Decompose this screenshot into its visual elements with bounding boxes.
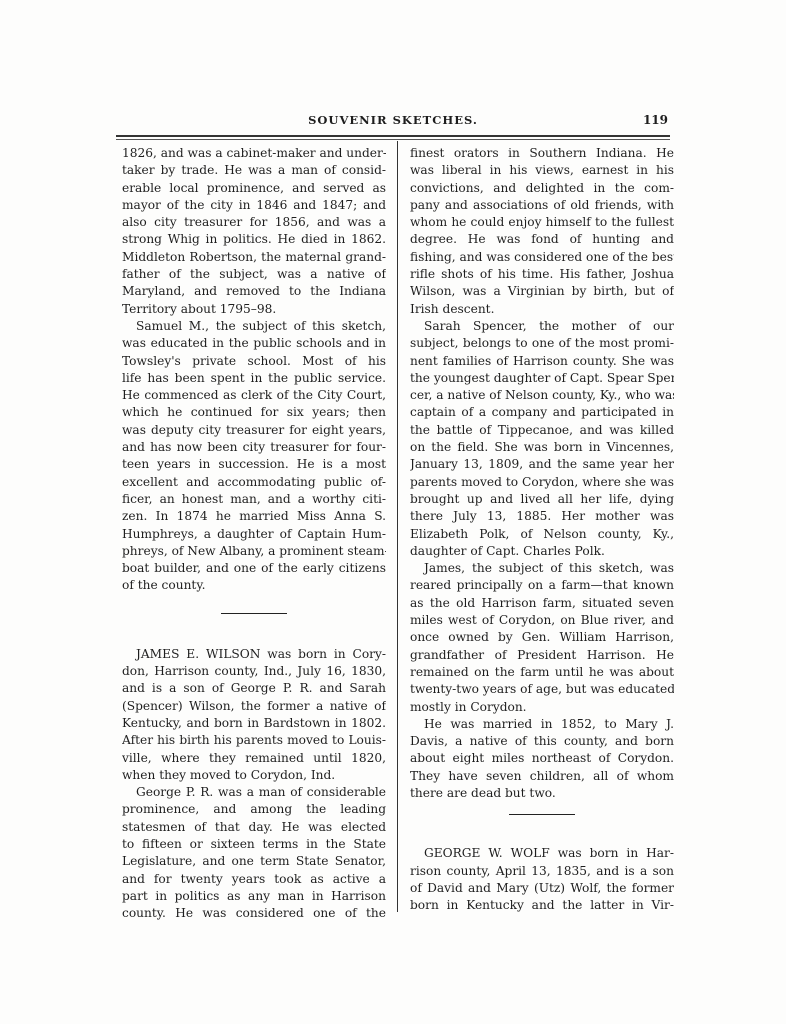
- text-line: captain of a company and participated in: [410, 404, 674, 421]
- text-line: county. He was considered one of the: [122, 905, 386, 922]
- text-line: subject, belongs to one of the most prom…: [410, 335, 674, 352]
- text-line: GEORGE W. WOLF was born in Har-: [410, 845, 674, 862]
- text-line: Wilson, was a Virginian by birth, but of: [410, 283, 674, 300]
- text-line: zen. In 1874 he married Miss Anna S.: [122, 508, 386, 525]
- text-line: He was married in 1852, to Mary J.: [410, 716, 674, 733]
- text-line: about eight miles northeast of Corydon.: [410, 750, 674, 767]
- paragraph-sarah-spencer: Sarah Spencer, the mother of our subject…: [410, 318, 674, 560]
- text-line: Elizabeth Polk, of Nelson county, Ky.,: [410, 526, 674, 543]
- text-line: and for twenty years took as active a: [122, 871, 386, 888]
- text-line: taker by trade. He was a man of consid-: [122, 162, 386, 179]
- running-head: SOUVENIR SKETCHES. 119: [118, 113, 668, 131]
- text-line: there are dead but two.: [410, 785, 674, 802]
- text-line: twenty-two years of age, but was educate…: [410, 681, 674, 698]
- text-line: daughter of Capt. Charles Polk.: [410, 543, 674, 560]
- text-line: Humphreys, a daughter of Captain Hum-: [122, 526, 386, 543]
- text-line: ficer, an honest man, and a worthy citi-: [122, 491, 386, 508]
- text-line: life has been spent in the public servic…: [122, 370, 386, 387]
- text-line: as the old Harrison farm, situated seven: [410, 595, 674, 612]
- text-line: pany and associations of old friends, wi…: [410, 197, 674, 214]
- text-line: Maryland, and removed to the Indiana: [122, 283, 386, 300]
- text-line: fishing, and was considered one of the b…: [410, 249, 674, 266]
- text-line: don, Harrison county, Ind., July 16, 183…: [122, 663, 386, 680]
- text-line: statesmen of that day. He was elected: [122, 819, 386, 836]
- text-line: was educated in the public schools and i…: [122, 335, 386, 352]
- text-line: (Spencer) Wilson, the former a native of: [122, 698, 386, 715]
- text-line: January 13, 1809, and the same year her: [410, 456, 674, 473]
- text-line: there July 13, 1885. Her mother was: [410, 508, 674, 525]
- text-line: Irish descent.: [410, 301, 674, 318]
- text-line: the battle of Tippecanoe, and was killed: [410, 422, 674, 439]
- text-line: phreys, of New Albany, a prominent steam…: [122, 543, 386, 560]
- text-line: After his birth his parents moved to Lou…: [122, 732, 386, 749]
- text-line: of David and Mary (Utz) Wolf, the former: [410, 880, 674, 897]
- text-line: rison county, April 13, 1835, and is a s…: [410, 863, 674, 880]
- text-line: prominence, and among the leading: [122, 801, 386, 818]
- text-line: Kentucky, and born in Bardstown in 1802.: [122, 715, 386, 732]
- text-line: and has now been city treasurer for four…: [122, 439, 386, 456]
- text-line: parents moved to Corydon, where she was: [410, 474, 674, 491]
- text-line: mostly in Corydon.: [410, 699, 674, 716]
- text-line: degree. He was fond of hunting and: [410, 231, 674, 248]
- text-line: teen years in succession. He is a most: [122, 456, 386, 473]
- text-line: finest orators in Southern Indiana. He: [410, 145, 674, 162]
- paragraph-james-e-wilson: JAMES E. WILSON was born in Cory- don, H…: [122, 646, 386, 784]
- text-line: was liberal in his views, earnest in his: [410, 162, 674, 179]
- text-line: the youngest daughter of Capt. Spear Spe…: [410, 370, 674, 387]
- text-line: father of the subject, was a native of: [122, 266, 386, 283]
- paragraph-george-w-wolf: GEORGE W. WOLF was born in Har- rison co…: [410, 845, 674, 914]
- text-line: on the field. She was born in Vincennes,: [410, 439, 674, 456]
- text-line: was deputy city treasurer for eight year…: [122, 422, 386, 439]
- page-number: 119: [643, 113, 668, 127]
- text-line: rifle shots of his time. His father, Jos…: [410, 266, 674, 283]
- text-line: Territory about 1795–98.: [122, 301, 386, 318]
- text-line: JAMES E. WILSON was born in Cory-: [122, 646, 386, 663]
- paragraph-marriage: He was married in 1852, to Mary J. Davis…: [410, 716, 674, 802]
- text-line: brought up and lived all her life, dying: [410, 491, 674, 508]
- text-line: Sarah Spencer, the mother of our: [410, 318, 674, 335]
- right-column: finest orators in Southern Indiana. He w…: [410, 145, 674, 914]
- header-rule: [116, 135, 670, 140]
- text-line: nent families of Harrison county. She wa…: [410, 353, 674, 370]
- text-line: ville, where they remained until 1820,: [122, 750, 386, 767]
- left-column: 1826, and was a cabinet-maker and under-…: [122, 145, 386, 922]
- text-line: convictions, and delighted in the com-: [410, 180, 674, 197]
- paragraph-george-p-r: George P. R. was a man of considerable p…: [122, 784, 386, 922]
- text-line: Towsley's private school. Most of his: [122, 353, 386, 370]
- text-line: reared principally on a farm—that known: [410, 577, 674, 594]
- text-line: whom he could enjoy himself to the fulle…: [410, 214, 674, 231]
- text-line: cer, a native of Nelson county, Ky., who…: [410, 387, 674, 404]
- text-line: when they moved to Corydon, Ind.: [122, 767, 386, 784]
- running-title: SOUVENIR SKETCHES.: [118, 113, 668, 127]
- text-line: Davis, a native of this county, and born: [410, 733, 674, 750]
- text-line: George P. R. was a man of considerable: [122, 784, 386, 801]
- book-page: SOUVENIR SKETCHES. 119 1826, and was a c…: [0, 0, 786, 1024]
- text-line: and is a son of George P. R. and Sarah: [122, 680, 386, 697]
- text-line: boat builder, and one of the early citiz…: [122, 560, 386, 577]
- text-line: remained on the farm until he was about: [410, 664, 674, 681]
- text-line: once owned by Gen. William Harrison,: [410, 629, 674, 646]
- paragraph-samuel-m: Samuel M., the subject of this sketch, w…: [122, 318, 386, 595]
- paragraph-james-farm: James, the subject of this sketch, was r…: [410, 560, 674, 716]
- text-line: erable local prominence, and served as: [122, 180, 386, 197]
- text-line: excellent and accommodating public of-: [122, 474, 386, 491]
- text-line: mayor of the city in 1846 and 1847; and: [122, 197, 386, 214]
- text-line: Middleton Robertson, the maternal grand-: [122, 249, 386, 266]
- paragraph-orator: finest orators in Southern Indiana. He w…: [410, 145, 674, 318]
- text-line: He commenced as clerk of the City Court,: [122, 387, 386, 404]
- text-line: of the county.: [122, 577, 386, 594]
- paragraph-father-bio: 1826, and was a cabinet-maker and under-…: [122, 145, 386, 318]
- text-line: which he continued for six years; then: [122, 404, 386, 421]
- text-line: They have seven children, all of whom: [410, 768, 674, 785]
- text-line: Legislature, and one term State Senator,: [122, 853, 386, 870]
- text-line: grandfather of President Harrison. He: [410, 647, 674, 664]
- text-line: also city treasurer for 1856, and was a: [122, 214, 386, 231]
- text-line: 1826, and was a cabinet-maker and under-: [122, 145, 386, 162]
- text-line: Samuel M., the subject of this sketch,: [122, 318, 386, 335]
- text-line: to fifteen or sixteen terms in the State: [122, 836, 386, 853]
- text-line: miles west of Corydon, on Blue river, an…: [410, 612, 674, 629]
- text-line: part in politics as any man in Harrison: [122, 888, 386, 905]
- column-divider: [397, 141, 398, 912]
- text-line: James, the subject of this sketch, was: [410, 560, 674, 577]
- text-line: strong Whig in politics. He died in 1862…: [122, 231, 386, 248]
- text-line: born in Kentucky and the latter in Vir-: [410, 897, 674, 914]
